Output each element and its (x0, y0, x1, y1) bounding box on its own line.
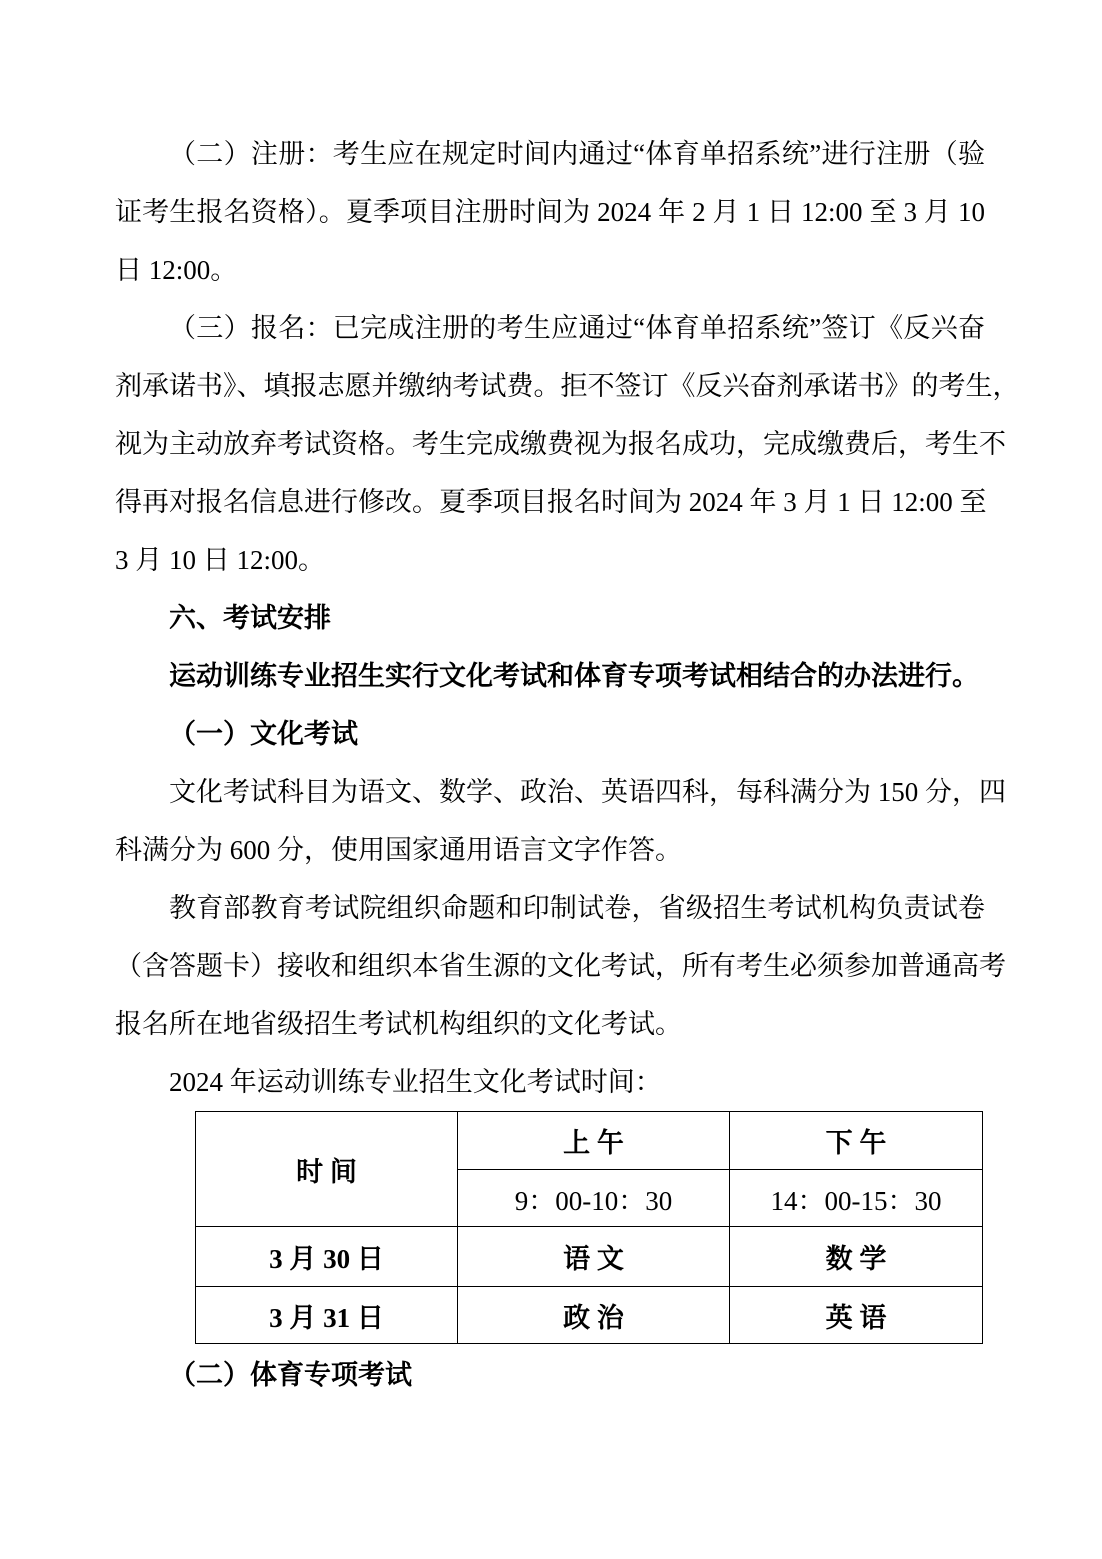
table-cell-afternoon-time: 14：00-15：30 (730, 1170, 983, 1227)
table-row: 时 间 上 午 下 午 (196, 1112, 983, 1170)
text-line: 六、考试安排 (115, 589, 985, 647)
table-cell-subject: 英 语 (730, 1287, 983, 1344)
table-row: 3 月 30 日 语 文 数 学 (196, 1227, 983, 1287)
text-line: 视为主动放弃考试资格。考生完成缴费视为报名成功，完成缴费后，考生不 (115, 415, 985, 473)
text-line: 证考生报名资格）。夏季项目注册时间为 2024 年 2 月 1 日 12:00 … (115, 183, 985, 241)
paragraph-signup: （三）报名：已完成注册的考生应通过“体育单招系统”签订《反兴奋 剂承诺书》、填报… (115, 299, 985, 589)
text-line: （二）注册：考生应在规定时间内通过“体育单招系统”进行注册（验 (115, 125, 985, 183)
text-line: 运动训练专业招生实行文化考试和体育专项考试相结合的办法进行。 (115, 647, 985, 705)
subsection-heading-sports-exam: （二）体育专项考试 (115, 1346, 985, 1404)
text-line: 科满分为 600 分，使用国家通用语言文字作答。 (115, 821, 985, 879)
table-cell-subject: 语 文 (458, 1227, 730, 1287)
table-cell-morning-time: 9：00-10：30 (458, 1170, 730, 1227)
table-cell-subject: 数 学 (730, 1227, 983, 1287)
text-line: （三）报名：已完成注册的考生应通过“体育单招系统”签订《反兴奋 (115, 299, 985, 357)
paragraph-exam-method: 运动训练专业招生实行文化考试和体育专项考试相结合的办法进行。 (115, 647, 985, 705)
text-line: （一）文化考试 (115, 705, 985, 763)
text-line: （含答题卡）接收和组织本省生源的文化考试，所有考生必须参加普通高考 (115, 937, 985, 995)
text-line: 教育部教育考试院组织命题和印制试卷，省级招生考试机构负责试卷 (115, 879, 985, 937)
subsection-heading-culture-exam: （一）文化考试 (115, 705, 985, 763)
text-line: 3 月 10 日 12:00。 (115, 531, 985, 589)
text-line: 2024 年运动训练专业招生文化考试时间： (115, 1053, 985, 1111)
paragraph-culture-subjects: 文化考试科目为语文、数学、政治、英语四科，每科满分为 150 分，四 科满分为 … (115, 763, 985, 879)
text-line: 日 12:00。 (115, 241, 985, 299)
text-line: （二）体育专项考试 (115, 1346, 985, 1404)
text-line: 报名所在地省级招生考试机构组织的文化考试。 (115, 995, 985, 1053)
exam-schedule-table: 时 间 上 午 下 午 9：00-10：30 14：00-15：30 3 月 3… (195, 1111, 983, 1344)
paragraph-registration: （二）注册：考生应在规定时间内通过“体育单招系统”进行注册（验 证考生报名资格）… (115, 125, 985, 299)
section-heading-exam-arrangement: 六、考试安排 (115, 589, 985, 647)
text-line: 得再对报名信息进行修改。夏季项目报名时间为 2024 年 3 月 1 日 12:… (115, 473, 985, 531)
table-cell-date: 3 月 30 日 (196, 1227, 458, 1287)
table-row: 3 月 31 日 政 治 英 语 (196, 1287, 983, 1344)
table-cell-date: 3 月 31 日 (196, 1287, 458, 1344)
table-header-time: 时 间 (196, 1112, 458, 1227)
text-line: 剂承诺书》、填报志愿并缴纳考试费。拒不签订《反兴奋剂承诺书》的考生， (115, 357, 985, 415)
table-header-morning: 上 午 (458, 1112, 730, 1170)
table-header-afternoon: 下 午 (730, 1112, 983, 1170)
table-cell-subject: 政 治 (458, 1287, 730, 1344)
paragraph-exam-organization: 教育部教育考试院组织命题和印制试卷，省级招生考试机构负责试卷 （含答题卡）接收和… (115, 879, 985, 1053)
paragraph-exam-time-intro: 2024 年运动训练专业招生文化考试时间： (115, 1053, 985, 1111)
document-page: （二）注册：考生应在规定时间内通过“体育单招系统”进行注册（验 证考生报名资格）… (0, 0, 1102, 1559)
document-content: （二）注册：考生应在规定时间内通过“体育单招系统”进行注册（验 证考生报名资格）… (0, 0, 1102, 1404)
text-line: 文化考试科目为语文、数学、政治、英语四科，每科满分为 150 分，四 (115, 763, 985, 821)
